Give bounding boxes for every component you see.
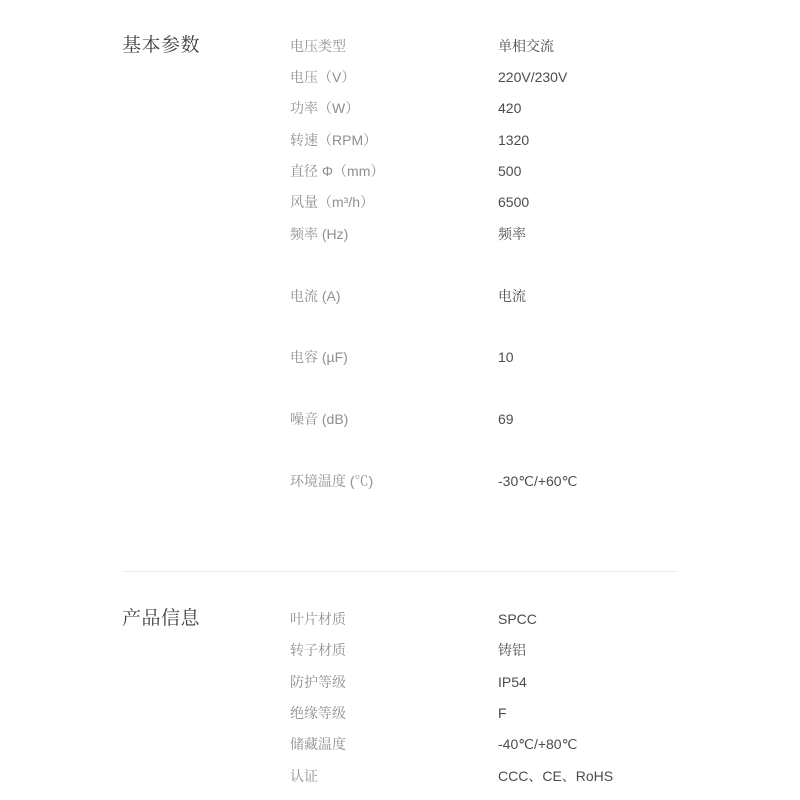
spec-label: 电流 (A) — [290, 286, 498, 306]
spec-row: 认证CCC、CE、RoHS — [290, 760, 800, 791]
spec-value: 电流 — [498, 286, 526, 306]
spec-value: 铸铝 — [498, 640, 526, 660]
spec-row: 环境温度 (℃)-30℃/+60℃ — [290, 465, 800, 496]
spec-value: 频率 — [498, 224, 526, 244]
spec-label: 噪音 (dB) — [290, 409, 498, 429]
section-title-basic-params: 基本参数 — [122, 30, 290, 61]
spec-rows-basic-params: 电压类型单相交流电压（V）220V/230V功率（W）420转速（RPM）132… — [290, 30, 800, 497]
spec-label: 认证 — [290, 766, 498, 786]
spec-rows-product-info: 叶片材质SPCC转子材质铸铝防护等级IP54绝缘等级F储藏温度-40℃/+80℃… — [290, 603, 800, 791]
spec-value: 单相交流 — [498, 36, 554, 56]
spec-label: 功率（W） — [290, 98, 498, 118]
spec-label: 叶片材质 — [290, 609, 498, 629]
product-spec-page: 基本参数 电压类型单相交流电压（V）220V/230V功率（W）420转速（RP… — [0, 0, 800, 800]
spec-value: 500 — [498, 163, 521, 179]
spec-value: SPCC — [498, 611, 537, 627]
section-title-product-info: 产品信息 — [122, 603, 290, 634]
spec-row: 频率 (Hz)频率 — [290, 218, 800, 249]
spec-value: CCC、CE、RoHS — [498, 766, 613, 786]
spec-value: 220V/230V — [498, 69, 567, 85]
spec-row: 直径 Φ（mm）500 — [290, 155, 800, 186]
spec-value: 10 — [498, 349, 514, 365]
spec-label: 储藏温度 — [290, 734, 498, 754]
spec-value: 69 — [498, 411, 514, 427]
spec-row: 防护等级IP54 — [290, 666, 800, 697]
spec-row: 电流 (A)电流 — [290, 280, 800, 311]
section-basic-params: 基本参数 电压类型单相交流电压（V）220V/230V功率（W）420转速（RP… — [122, 30, 800, 497]
spec-label: 绝缘等级 — [290, 703, 498, 723]
spec-label: 电压类型 — [290, 36, 498, 56]
spec-row: 功率（W）420 — [290, 93, 800, 124]
spec-value: 420 — [498, 100, 521, 116]
spec-row: 转子材质铸铝 — [290, 635, 800, 666]
spec-label: 防护等级 — [290, 672, 498, 692]
section-product-info: 产品信息 叶片材质SPCC转子材质铸铝防护等级IP54绝缘等级F储藏温度-40℃… — [122, 603, 800, 791]
spec-row: 噪音 (dB)69 — [290, 404, 800, 435]
spec-row: 储藏温度-40℃/+80℃ — [290, 729, 800, 760]
spec-row: 转速（RPM）1320 — [290, 124, 800, 155]
spec-label: 直径 Φ（mm） — [290, 161, 498, 181]
spec-row: 电压类型单相交流 — [290, 30, 800, 61]
spec-row: 叶片材质SPCC — [290, 603, 800, 634]
spec-value: -40℃/+80℃ — [498, 736, 577, 753]
spec-label: 电容 (µF) — [290, 347, 498, 367]
spec-value: 1320 — [498, 132, 529, 148]
spec-row: 风量（m³/h）6500 — [290, 187, 800, 218]
spec-value: -30℃/+60℃ — [498, 473, 577, 490]
spec-row: 绝缘等级F — [290, 697, 800, 728]
spec-label: 转子材质 — [290, 640, 498, 660]
spec-label: 环境温度 (℃) — [290, 471, 498, 491]
spec-label: 转速（RPM） — [290, 130, 498, 150]
spec-value: 6500 — [498, 194, 529, 210]
spec-value: F — [498, 705, 507, 721]
spec-value: IP54 — [498, 674, 527, 690]
spec-row: 电压（V）220V/230V — [290, 61, 800, 92]
section-divider — [122, 571, 678, 572]
spec-row: 电容 (µF)10 — [290, 342, 800, 373]
spec-label: 电压（V） — [290, 67, 498, 87]
spec-label: 风量（m³/h） — [290, 192, 498, 212]
spec-label: 频率 (Hz) — [290, 224, 498, 244]
